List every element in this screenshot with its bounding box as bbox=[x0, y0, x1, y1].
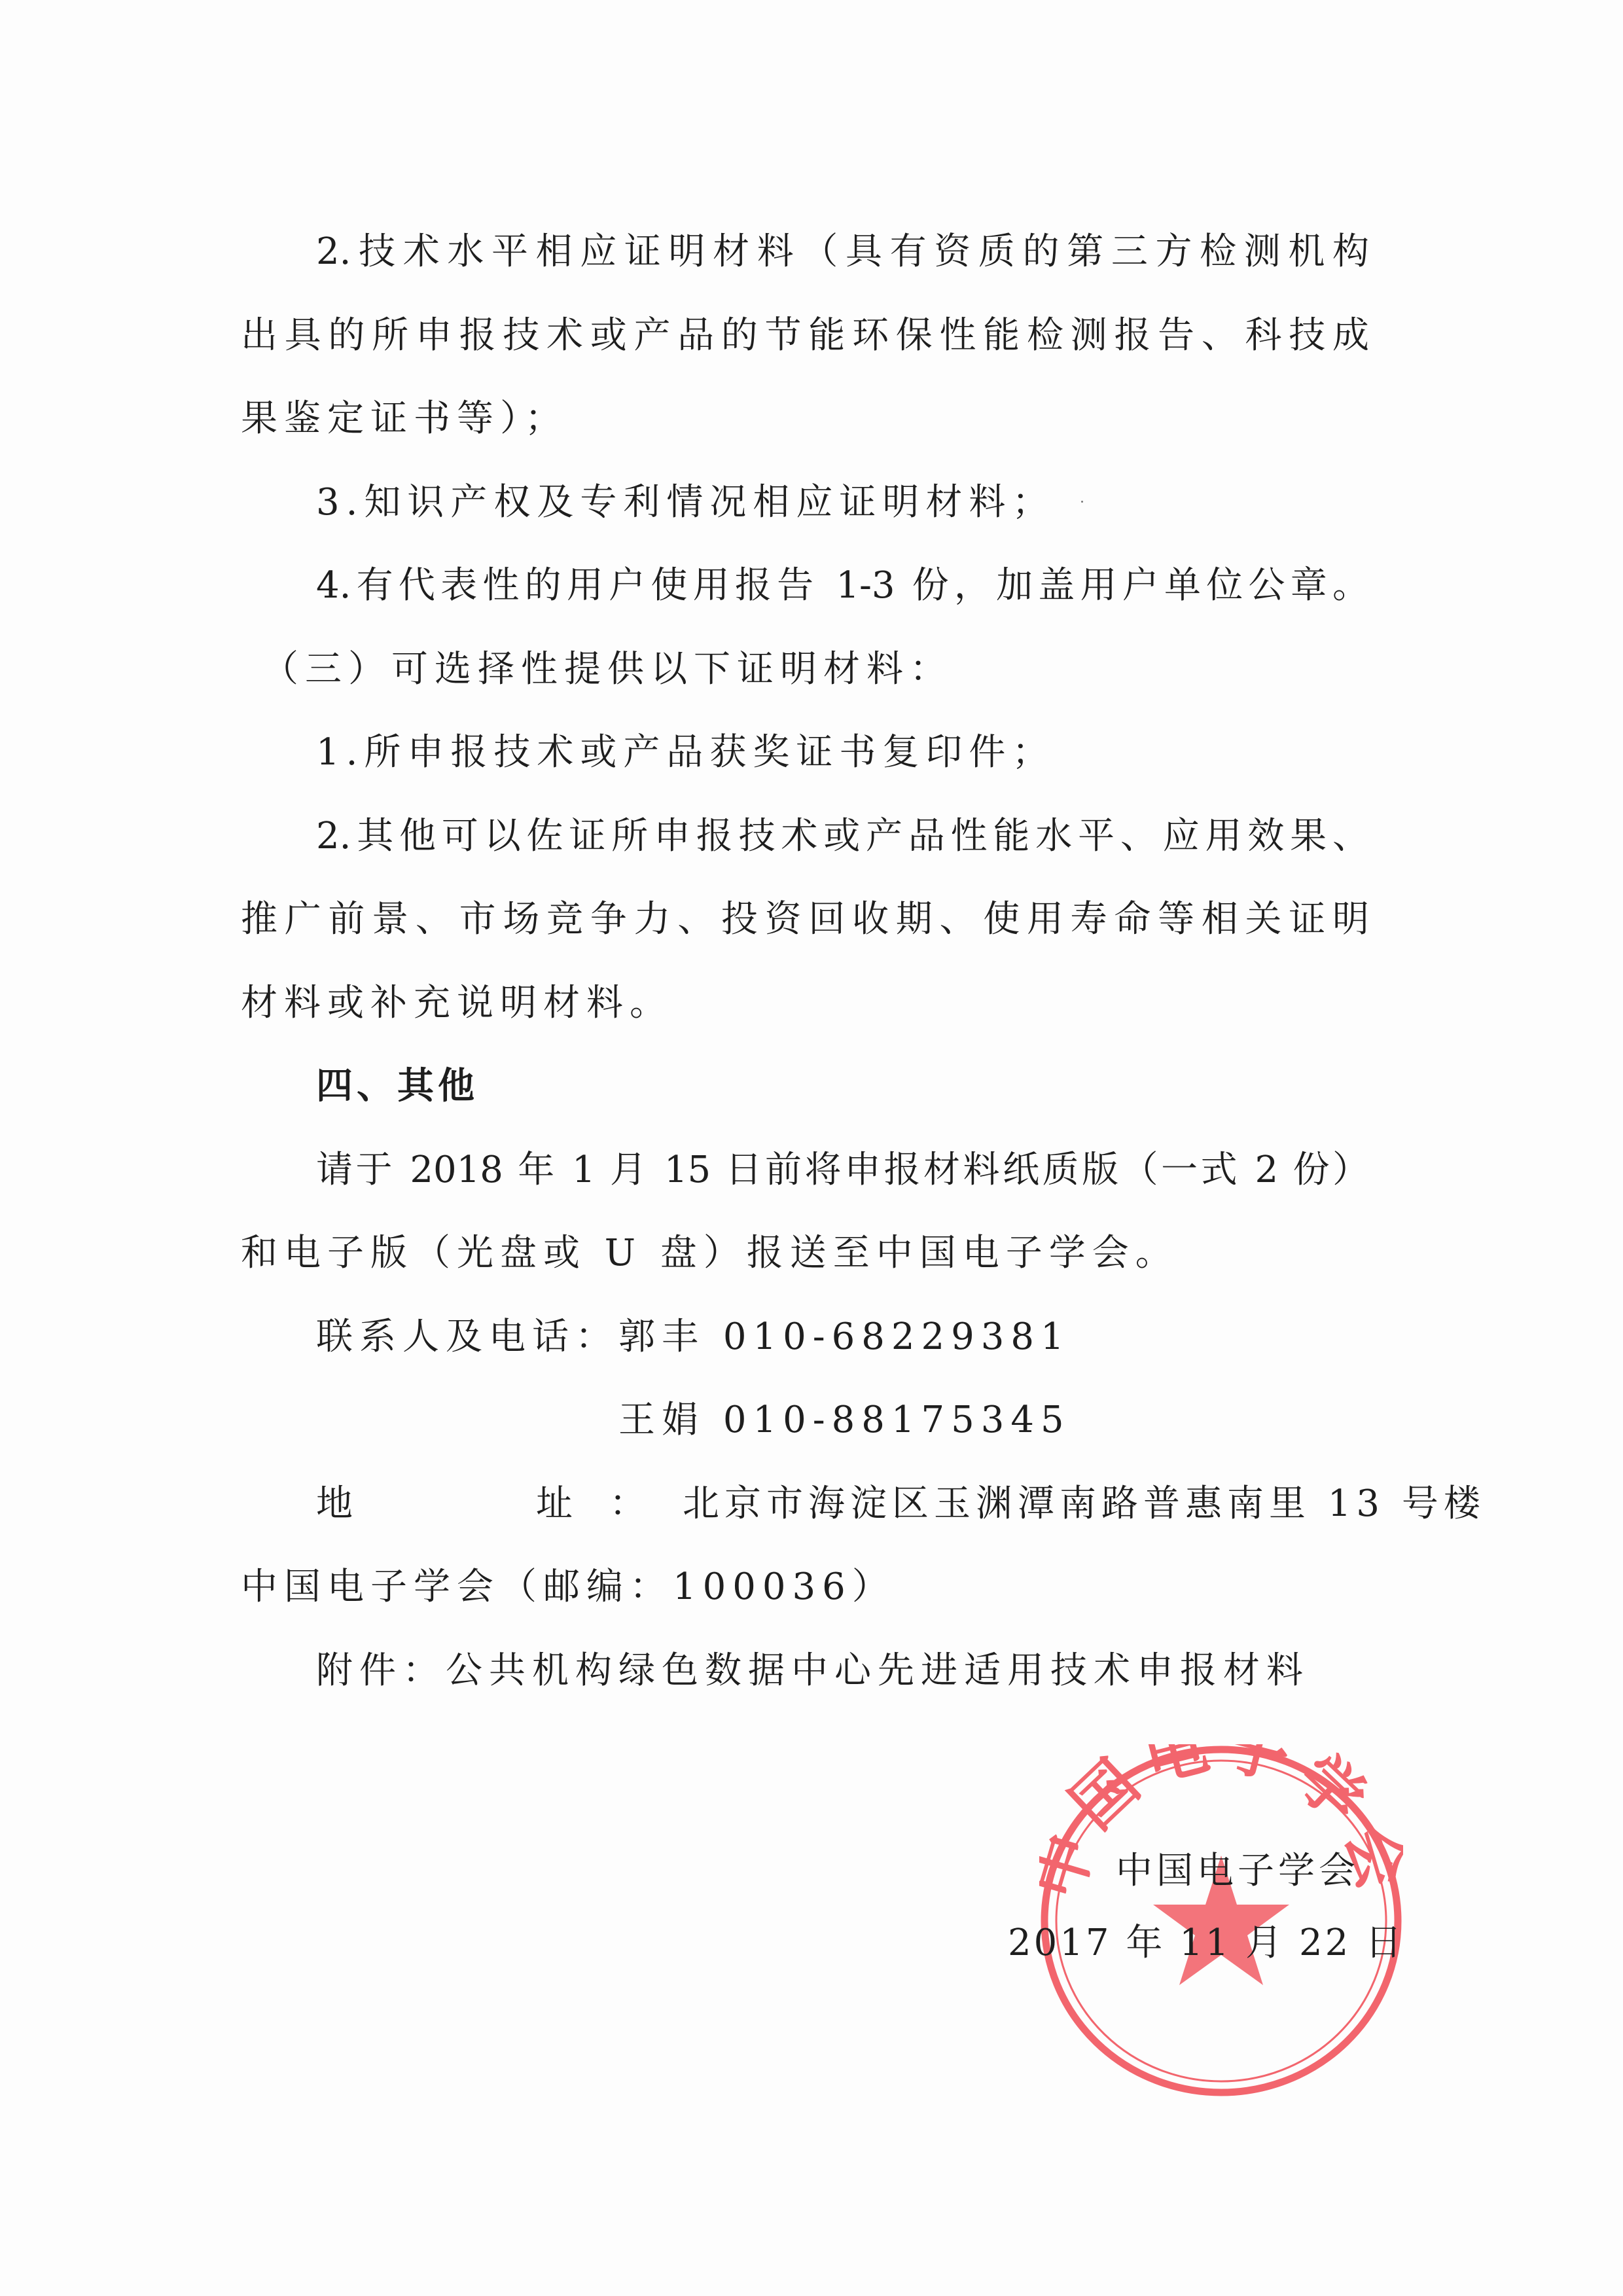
contact-name: 郭丰 bbox=[618, 1316, 705, 1358]
document-page: 2.技术水平相应证明材料（具有资质的第三方检测机构 出具的所申报技术或产品的节能… bbox=[0, 0, 1623, 2296]
official-seal: 中国电子学会 bbox=[1039, 1744, 1403, 2098]
paragraph-item-3: 3.知识产权及专利情况相应证明材料； bbox=[316, 481, 1055, 524]
contact-line-1: 联系人及电话：郭丰 010-68229381 bbox=[316, 1316, 1071, 1359]
submission-line-1: 请于 2018 年 1 月 15 日前将申报材料纸质版（一式 2 份） bbox=[316, 1149, 1369, 1192]
contact-label: 联系人及电话： bbox=[316, 1316, 618, 1358]
paragraph-item-2-line-2: 出具的所申报技术或产品的节能环保性能检测报告、科技成 bbox=[241, 314, 1369, 357]
optional-item-2-line-3: 材料或补充说明材料。 bbox=[241, 982, 673, 1025]
section-4-heading: 四、其他 bbox=[316, 1065, 478, 1108]
contact-phone: 010-68229381 bbox=[723, 1316, 1071, 1358]
paragraph-item-2-line-3: 果鉴定证书等）； bbox=[241, 397, 568, 440]
paragraph-item-4: 4.有代表性的用户使用报告 1-3 份，加盖用户单位公章。 bbox=[316, 564, 1369, 607]
submission-line-2: 和电子版（光盘或 U 盘）报送至中国电子学会。 bbox=[241, 1232, 1179, 1275]
optional-item-2-line-1: 2.其他可以佐证所申报技术或产品性能水平、应用效果、 bbox=[316, 815, 1369, 858]
optional-item-1: 1.所申报技术或产品获奖证书复印件； bbox=[316, 731, 1055, 774]
contact-phone: 010-88175345 bbox=[723, 1399, 1071, 1441]
address-value: 北京市海淀区玉渊潭南路普惠南里 13 号楼 bbox=[683, 1482, 1486, 1526]
contact-name: 王娟 bbox=[618, 1399, 705, 1441]
optional-item-2-line-2: 推广前景、市场竞争力、投资回收期、使用寿命等相关证明 bbox=[241, 898, 1369, 941]
address-line-1: 地 址： 北京市海淀区玉渊潭南路普惠南里 13 号楼 bbox=[316, 1482, 1369, 1526]
signature-date: 2017 年 11 月 22 日 bbox=[1008, 1922, 1404, 1965]
attachment-line: 附件：公共机构绿色数据中心先进适用技术申报材料 bbox=[316, 1649, 1310, 1693]
contact-line-2: 王娟 010-88175345 bbox=[618, 1399, 1071, 1442]
address-line-2: 中国电子学会（邮编：100036） bbox=[241, 1566, 895, 1609]
address-label: 地 址： bbox=[316, 1482, 683, 1526]
section-3-heading: （三）可选择性提供以下证明材料： bbox=[262, 648, 953, 691]
signature-organization: 中国电子学会 bbox=[1116, 1850, 1359, 1893]
scan-speck bbox=[1081, 501, 1083, 503]
paragraph-item-2-line-1: 2.技术水平相应证明材料（具有资质的第三方检测机构 bbox=[316, 230, 1369, 274]
